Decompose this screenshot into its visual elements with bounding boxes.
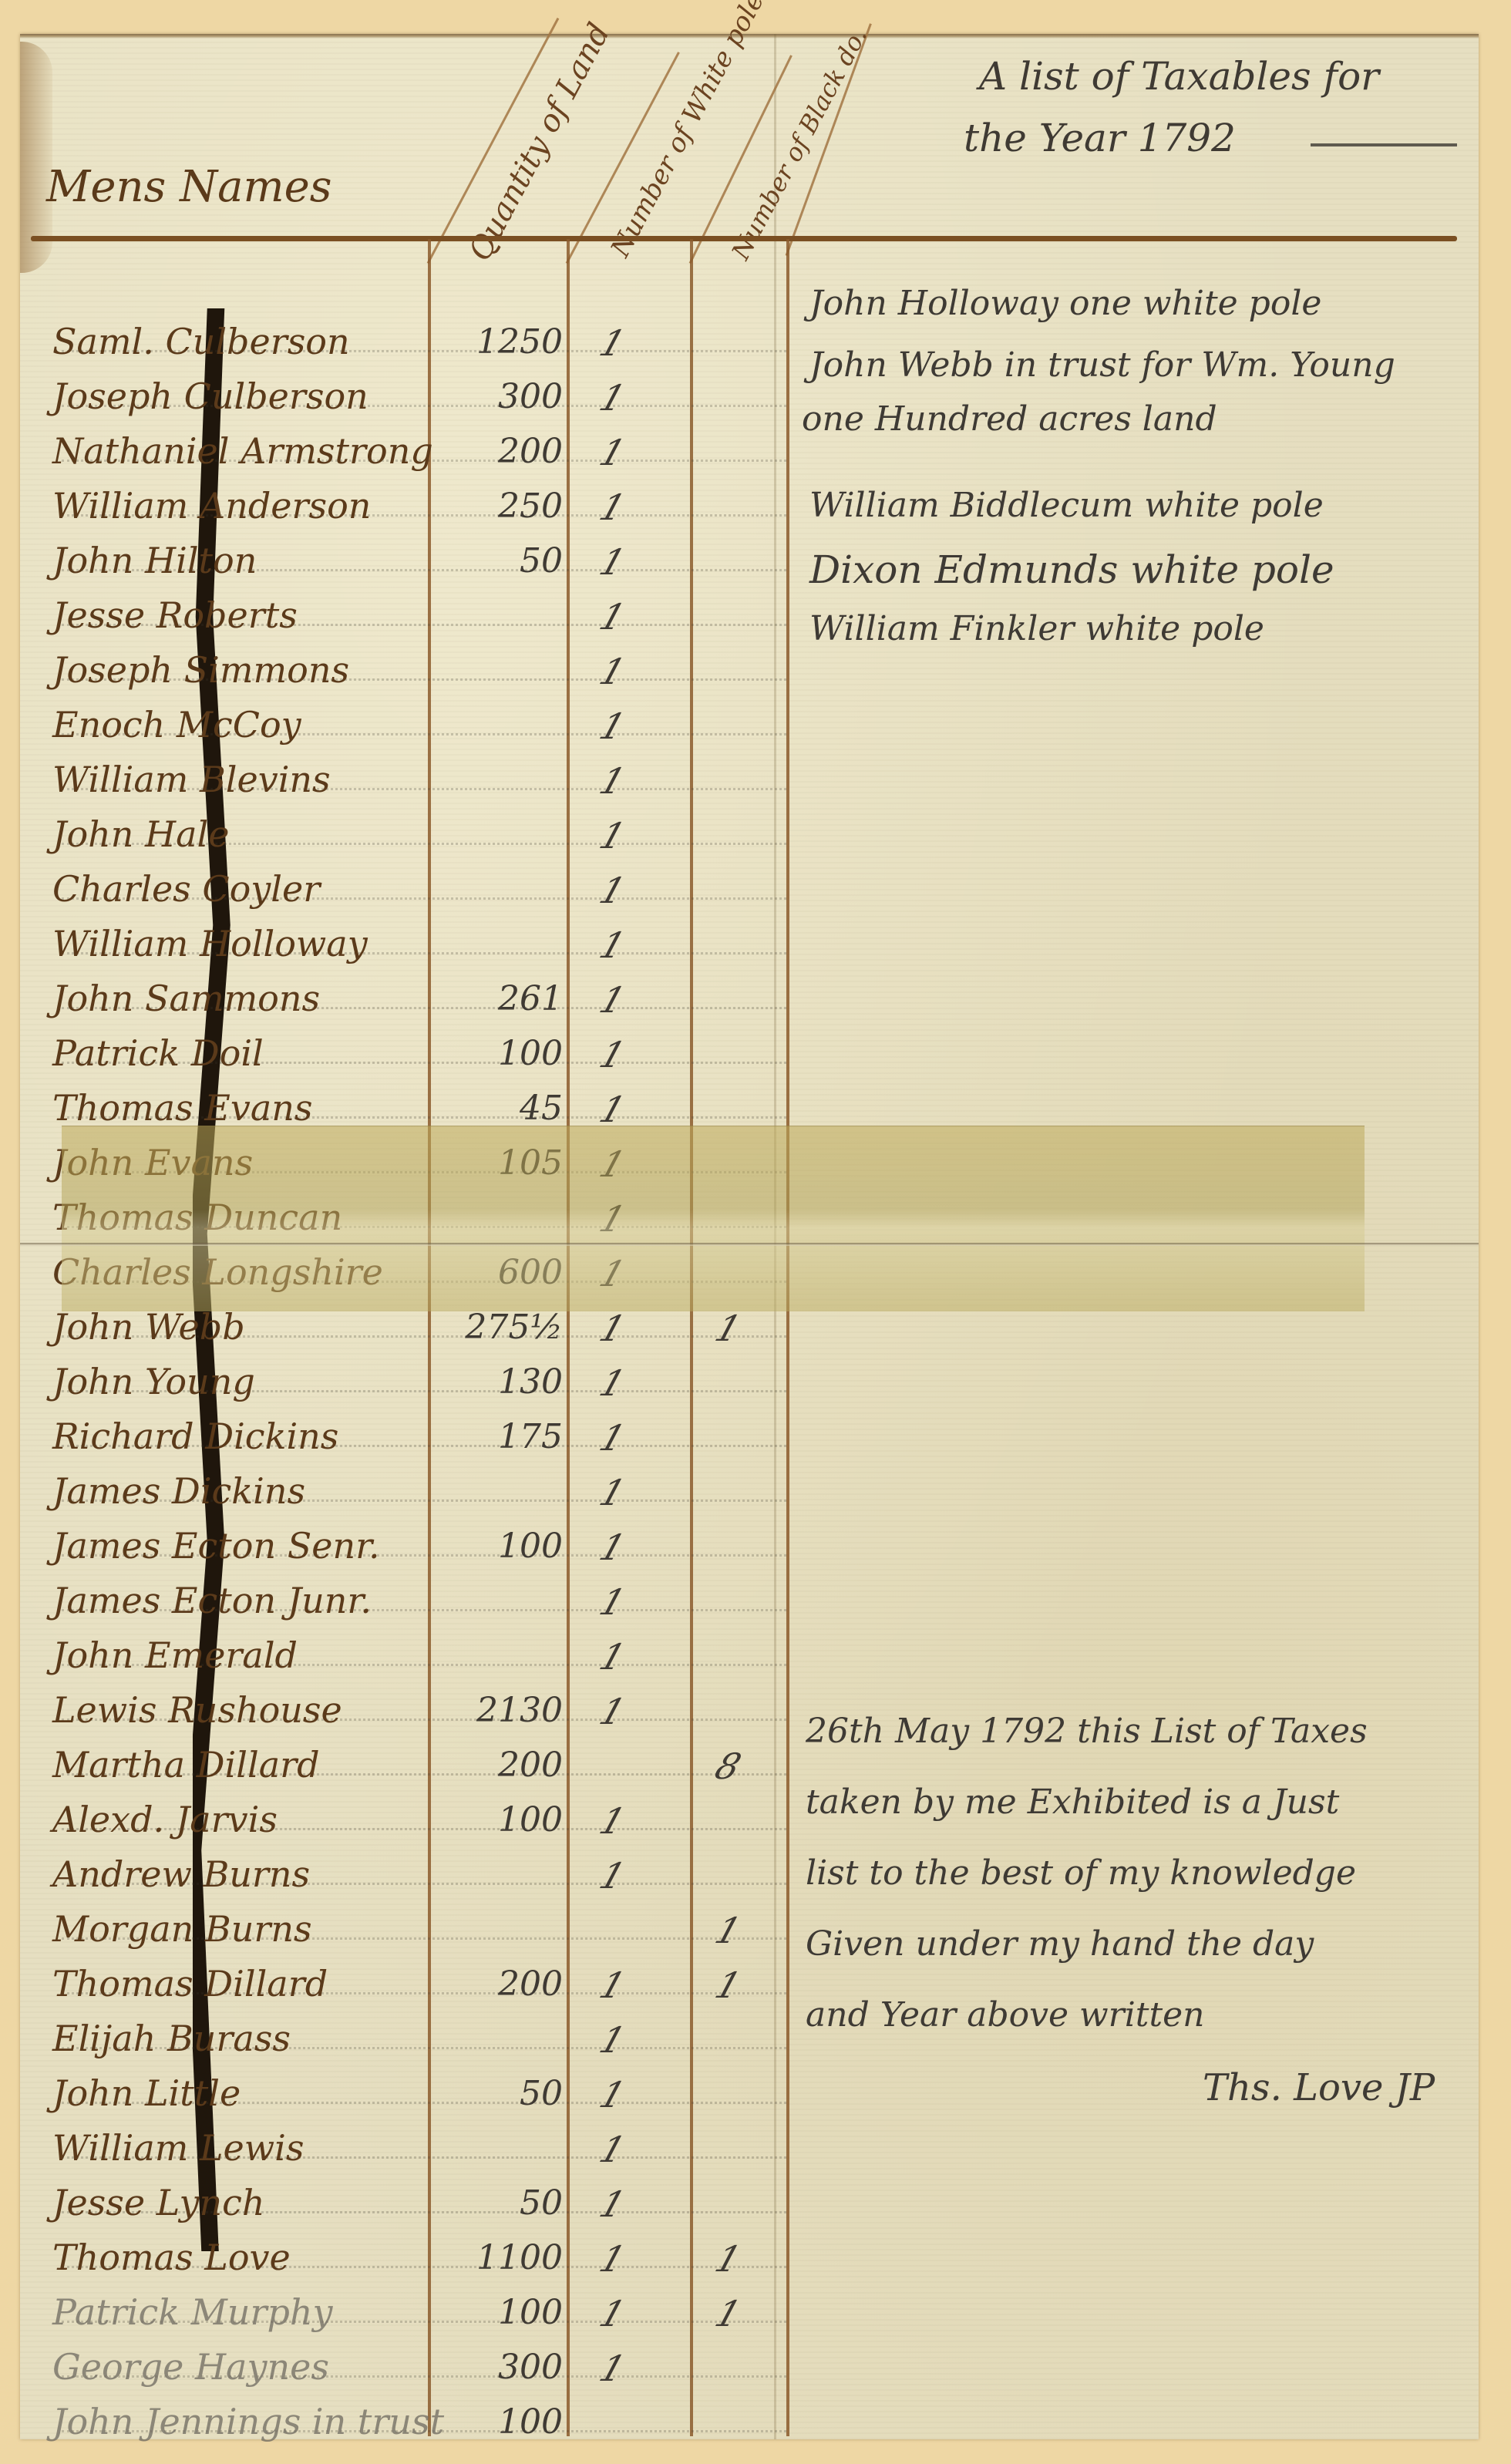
row-white-poles: 1 xyxy=(594,1691,631,1732)
row-quantity-of-land: 261 xyxy=(439,979,563,1018)
horizontal-fold-crease xyxy=(20,1243,1479,1246)
row-name: James Dickins xyxy=(52,1470,305,1512)
row-name: Charles Coyler xyxy=(52,868,320,910)
certification-line: and Year above written xyxy=(806,1995,1205,2035)
row-white-poles: 1 xyxy=(594,1636,631,1678)
row-name: Nathaniel Armstrong xyxy=(52,430,433,472)
certification-line: list to the best of my knowledge xyxy=(806,1853,1356,1893)
row-white-poles: 1 xyxy=(594,2019,631,2061)
row-white-poles: 1 xyxy=(594,1527,631,1568)
row-white-poles: 1 xyxy=(594,979,631,1021)
signature: Ths. Love JP xyxy=(1203,2066,1435,2109)
row-white-poles: 1 xyxy=(594,1964,631,2006)
row-name: George Haynes xyxy=(52,2346,329,2388)
row-quantity-of-land: 300 xyxy=(439,2348,563,2387)
row-name: Elijah Burass xyxy=(52,2018,291,2059)
table-row: John Hale1 xyxy=(0,809,1511,863)
side-note-line: one Hundred acres land xyxy=(802,399,1217,439)
row-name: William Lewis xyxy=(52,2127,304,2169)
certification-line: Given under my hand the day xyxy=(806,1924,1314,1964)
row-quantity-of-land: 1250 xyxy=(439,322,563,362)
repair-tape xyxy=(62,1126,1365,1311)
row-white-poles: 1 xyxy=(594,760,631,802)
row-quantity-of-land: 250 xyxy=(439,486,563,526)
row-name: Joseph Culberson xyxy=(52,375,368,417)
row-white-poles: 1 xyxy=(594,2129,631,2170)
row-white-poles: 1 xyxy=(594,1089,631,1130)
table-row: Joseph Simmons1 xyxy=(0,645,1511,699)
row-name: Patrick Murphy xyxy=(52,2291,333,2333)
side-note-line: Dixon Edmunds white pole xyxy=(809,547,1334,592)
row-black-poles: 1 xyxy=(710,1308,746,1349)
table-row: Enoch McCoy1 xyxy=(0,699,1511,754)
row-name: John Emerald xyxy=(52,1634,298,1676)
certification-line: 26th May 1792 this List of Taxes xyxy=(806,1712,1368,1751)
row-white-poles: 1 xyxy=(594,1034,631,1075)
row-name: John Hale xyxy=(52,813,229,855)
row-black-poles: 1 xyxy=(710,1964,746,2006)
row-name: Morgan Burns xyxy=(52,1908,312,1950)
row-white-poles: 1 xyxy=(594,870,631,911)
table-row: Jesse Roberts1 xyxy=(0,590,1511,645)
row-quantity-of-land: 100 xyxy=(439,2402,563,2442)
table-row: William Lewis1 xyxy=(0,2122,1511,2177)
row-name: John Little xyxy=(52,2072,241,2114)
row-white-poles: 1 xyxy=(594,1855,631,1897)
row-name: Jesse Lynch xyxy=(52,2182,264,2223)
row-quantity-of-land: 300 xyxy=(439,377,563,416)
row-name: Jesse Roberts xyxy=(52,594,298,636)
row-name: William Blevins xyxy=(52,759,331,800)
row-white-poles: 1 xyxy=(594,2074,631,2116)
row-quantity-of-land: 100 xyxy=(439,1034,563,1073)
row-name: Thomas Dillard xyxy=(52,1963,328,2005)
table-row: Richard Dickins1751 xyxy=(0,1411,1511,1466)
row-name: Alexd. Jarvis xyxy=(52,1799,278,1840)
table-row: John Emerald1 xyxy=(0,1630,1511,1685)
row-black-poles: 1 xyxy=(710,1910,746,1951)
row-quantity-of-land: 100 xyxy=(439,1527,563,1566)
row-name: James Ecton Senr. xyxy=(52,1525,380,1567)
row-name: John Hilton xyxy=(52,540,257,581)
row-white-poles: 1 xyxy=(594,924,631,966)
side-note-line: William Biddlecum white pole xyxy=(809,486,1324,525)
row-name: John Sammons xyxy=(52,978,320,1019)
row-name: John Webb xyxy=(52,1306,245,1348)
row-quantity-of-land: 130 xyxy=(439,1362,563,1402)
table-row: Charles Coyler1 xyxy=(0,863,1511,918)
side-note-line: John Holloway one white pole xyxy=(809,284,1321,323)
title-underline xyxy=(1311,143,1457,146)
row-white-poles: 1 xyxy=(594,322,631,364)
row-quantity-of-land: 200 xyxy=(439,1964,563,2004)
row-black-poles: 1 xyxy=(710,2238,746,2280)
row-name: William Holloway xyxy=(52,923,368,964)
row-name: Lewis Rushouse xyxy=(52,1689,342,1731)
table-row: John Jennings in trust100 xyxy=(0,2396,1511,2451)
row-name: Thomas Love xyxy=(52,2237,291,2278)
table-row: Nathaniel Armstrong2001 xyxy=(0,426,1511,480)
row-white-poles: 1 xyxy=(594,432,631,473)
row-name: Martha Dillard xyxy=(52,1744,320,1786)
table-row: James Dickins1 xyxy=(0,1466,1511,1520)
row-quantity-of-land: 275½ xyxy=(439,1308,563,1347)
row-white-poles: 1 xyxy=(594,2293,631,2334)
row-white-poles: 1 xyxy=(594,705,631,747)
row-black-poles: 8 xyxy=(710,1745,746,1787)
row-name: Enoch McCoy xyxy=(52,704,301,746)
table-row: Thomas Dillard20011 xyxy=(0,1958,1511,2013)
row-quantity-of-land: 2130 xyxy=(439,1691,563,1730)
table-row: Elijah Burass1 xyxy=(0,2013,1511,2068)
row-name: Andrew Burns xyxy=(52,1853,310,1895)
table-row: Patrick Murphy10011 xyxy=(0,2287,1511,2341)
row-name: William Anderson xyxy=(52,485,371,527)
row-name: Patrick Doil xyxy=(52,1032,264,1074)
table-row: Patrick Doil1001 xyxy=(0,1028,1511,1082)
table-row: William Blevins1 xyxy=(0,754,1511,809)
row-quantity-of-land: 100 xyxy=(439,1800,563,1840)
table-row: John Sammons2611 xyxy=(0,973,1511,1028)
table-row: Jesse Lynch501 xyxy=(0,2177,1511,2232)
table-row: George Haynes3001 xyxy=(0,2341,1511,2396)
side-note-line: William Finkler white pole xyxy=(809,609,1264,648)
certification-line: taken by me Exhibited is a Just xyxy=(806,1782,1339,1822)
row-quantity-of-land: 200 xyxy=(439,432,563,471)
row-white-poles: 1 xyxy=(594,2348,631,2389)
header-rule xyxy=(31,236,1457,241)
row-name: Richard Dickins xyxy=(52,1415,338,1457)
row-white-poles: 1 xyxy=(594,486,631,528)
row-name: Saml. Culberson xyxy=(52,321,350,362)
row-quantity-of-land: 175 xyxy=(439,1417,563,1456)
row-white-poles: 1 xyxy=(594,1472,631,1513)
row-name: Joseph Simmons xyxy=(52,649,349,691)
row-white-poles: 1 xyxy=(594,1800,631,1842)
header-mens-names: Mens Names xyxy=(46,162,331,212)
row-quantity-of-land: 200 xyxy=(439,1745,563,1785)
row-white-poles: 1 xyxy=(594,2238,631,2280)
row-quantity-of-land: 100 xyxy=(439,2293,563,2332)
row-quantity-of-land: 1100 xyxy=(439,2238,563,2277)
row-name: Thomas Evans xyxy=(52,1087,313,1129)
row-white-poles: 1 xyxy=(594,596,631,638)
row-name: John Young xyxy=(52,1361,255,1402)
row-white-poles: 1 xyxy=(594,377,631,419)
document-title-line-1: A list of Taxables for xyxy=(979,54,1379,99)
row-white-poles: 1 xyxy=(594,651,631,692)
row-white-poles: 1 xyxy=(594,815,631,857)
row-black-poles: 1 xyxy=(710,2293,746,2334)
row-quantity-of-land: 45 xyxy=(439,1089,563,1128)
table-row: Thomas Love110011 xyxy=(0,2232,1511,2287)
table-row: William Holloway1 xyxy=(0,918,1511,973)
side-note-line: John Webb in trust for Wm. Young xyxy=(809,345,1395,385)
row-white-poles: 1 xyxy=(594,2183,631,2225)
document-title-line-2: the Year 1792 xyxy=(964,116,1236,160)
row-quantity-of-land: 50 xyxy=(439,2074,563,2113)
row-white-poles: 1 xyxy=(594,1308,631,1349)
row-quantity-of-land: 50 xyxy=(439,2183,563,2223)
row-white-poles: 1 xyxy=(594,1362,631,1404)
row-white-poles: 1 xyxy=(594,1581,631,1623)
table-row: James Ecton Senr.1001 xyxy=(0,1520,1511,1575)
row-quantity-of-land: 50 xyxy=(439,541,563,581)
row-white-poles: 1 xyxy=(594,1417,631,1459)
row-name: James Ecton Junr. xyxy=(52,1580,372,1621)
table-row: John Young1301 xyxy=(0,1356,1511,1411)
row-name: John Jennings in trust xyxy=(52,2401,444,2442)
row-white-poles: 1 xyxy=(594,541,631,583)
table-row: James Ecton Junr.1 xyxy=(0,1575,1511,1630)
